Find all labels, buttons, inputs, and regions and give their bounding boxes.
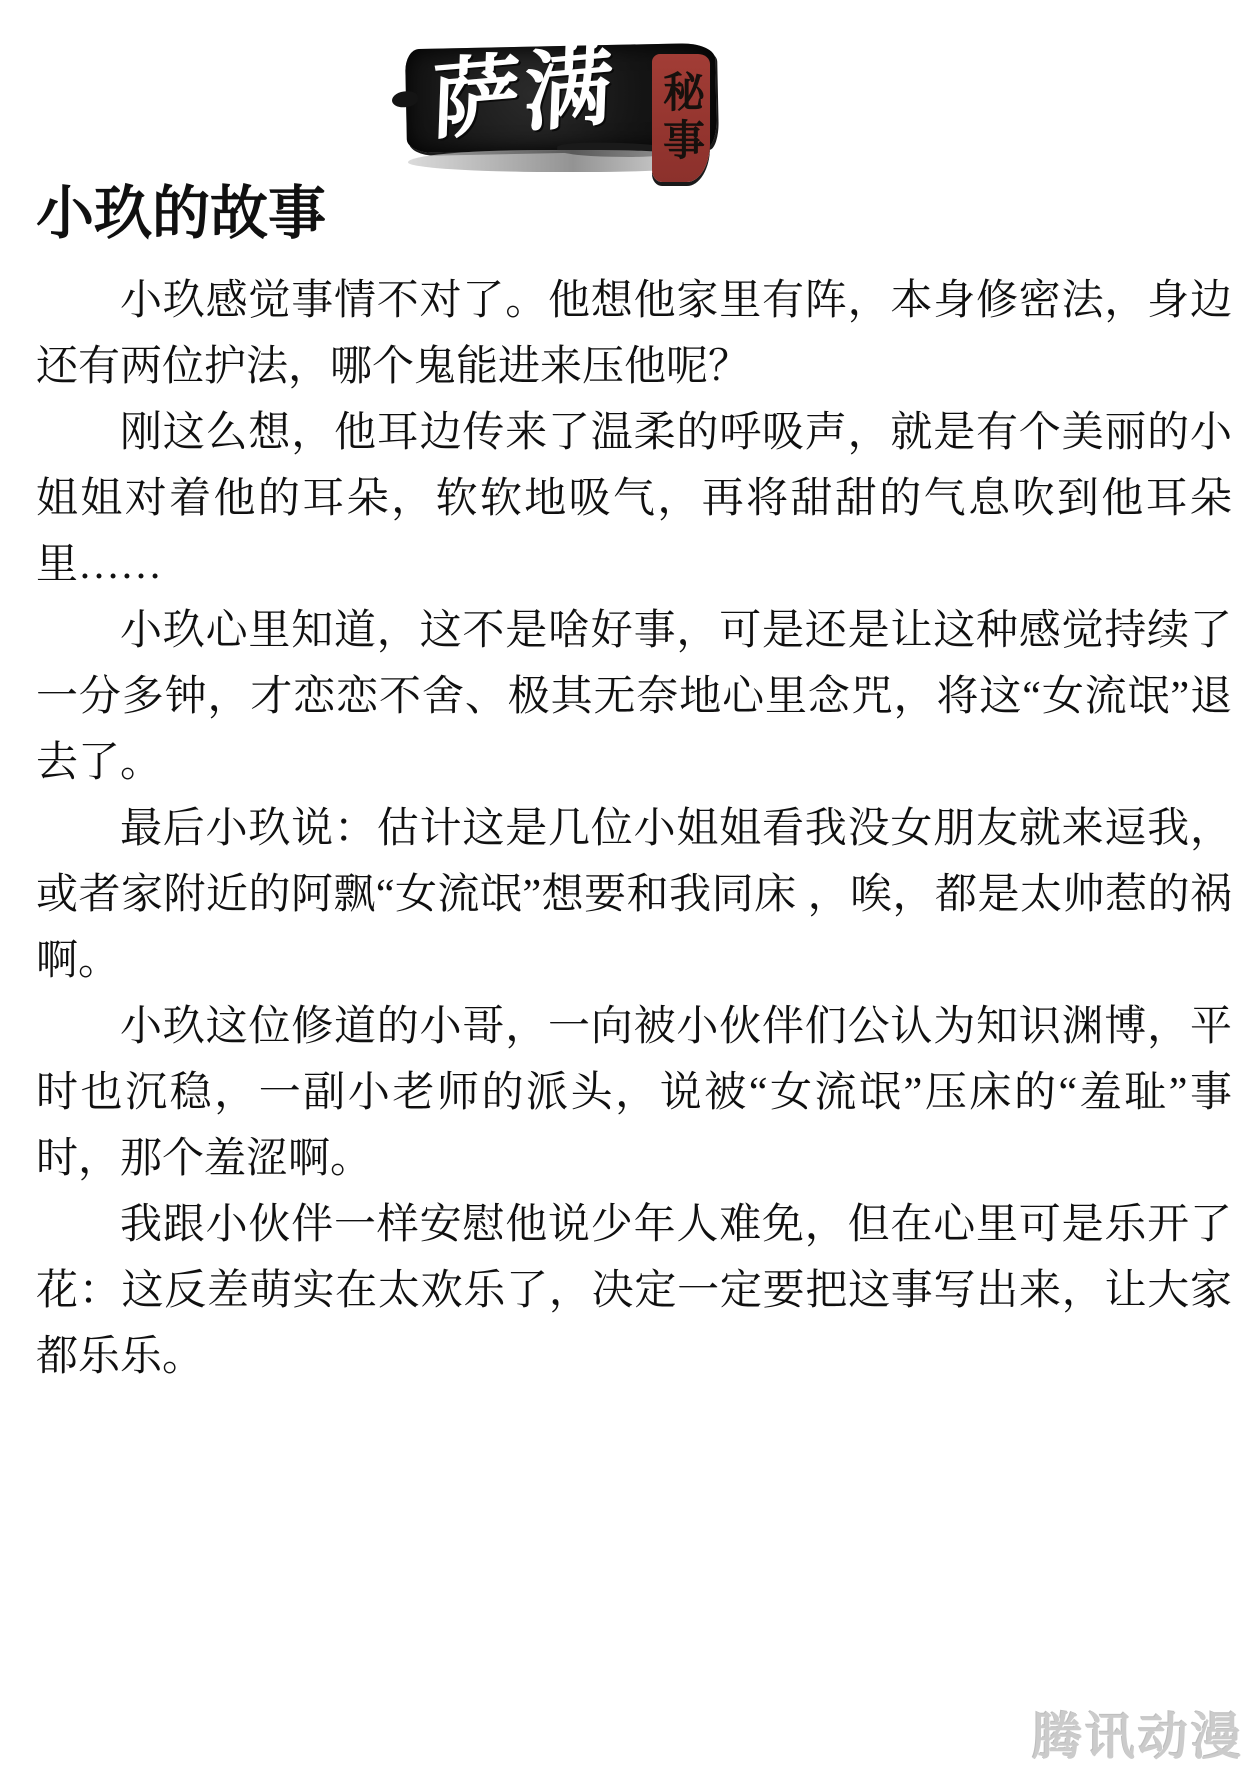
story-paragraph: 小玖感觉事情不对了。他想他家里有阵，本身修密法，身边还有两位护法，哪个鬼能进来压…	[36, 268, 1232, 400]
story-paragraph: 小玖这位修道的小哥，一向被小伙伴们公认为知识渊博，平时也沉稳，一副小老师的派头，…	[36, 994, 1232, 1192]
story-paragraph: 小玖心里知道，这不是啥好事，可是还是让这种感觉持续了一分多钟，才恋恋不舍、极其无…	[36, 598, 1232, 796]
seal-text: 秘事	[660, 70, 702, 166]
story-paragraph: 刚这么想，他耳边传来了温柔的呼吸声，就是有个美丽的小姐姐对着他的耳朵，软软地吸气…	[36, 400, 1232, 598]
story-paragraph: 我跟小伙伴一样安慰他说少年人难免，但在心里可是乐开了花：这反差萌实在太欢乐了，决…	[36, 1192, 1232, 1390]
page-title: 小玖的故事	[36, 179, 326, 249]
story-text: 小玖感觉事情不对了。他想他家里有阵，本身修密法，身边还有两位护法，哪个鬼能进来压…	[36, 268, 1232, 1390]
red-seal-stamp: 秘事	[652, 54, 710, 182]
series-logo: 萨满 秘事	[398, 40, 716, 172]
story-paragraph: 最后小玖说：估计这是几位小姐姐看我没女朋友就来逗我，或者家附近的阿飘“女流氓”想…	[36, 796, 1232, 994]
tencent-comics-watermark: 腾讯动漫	[1032, 1712, 1244, 1762]
comic-story-page: 萨满 秘事 小玖的故事 小玖感觉事情不对了。他想他家里有阵，本身修密法，身边还有…	[0, 0, 1260, 1782]
